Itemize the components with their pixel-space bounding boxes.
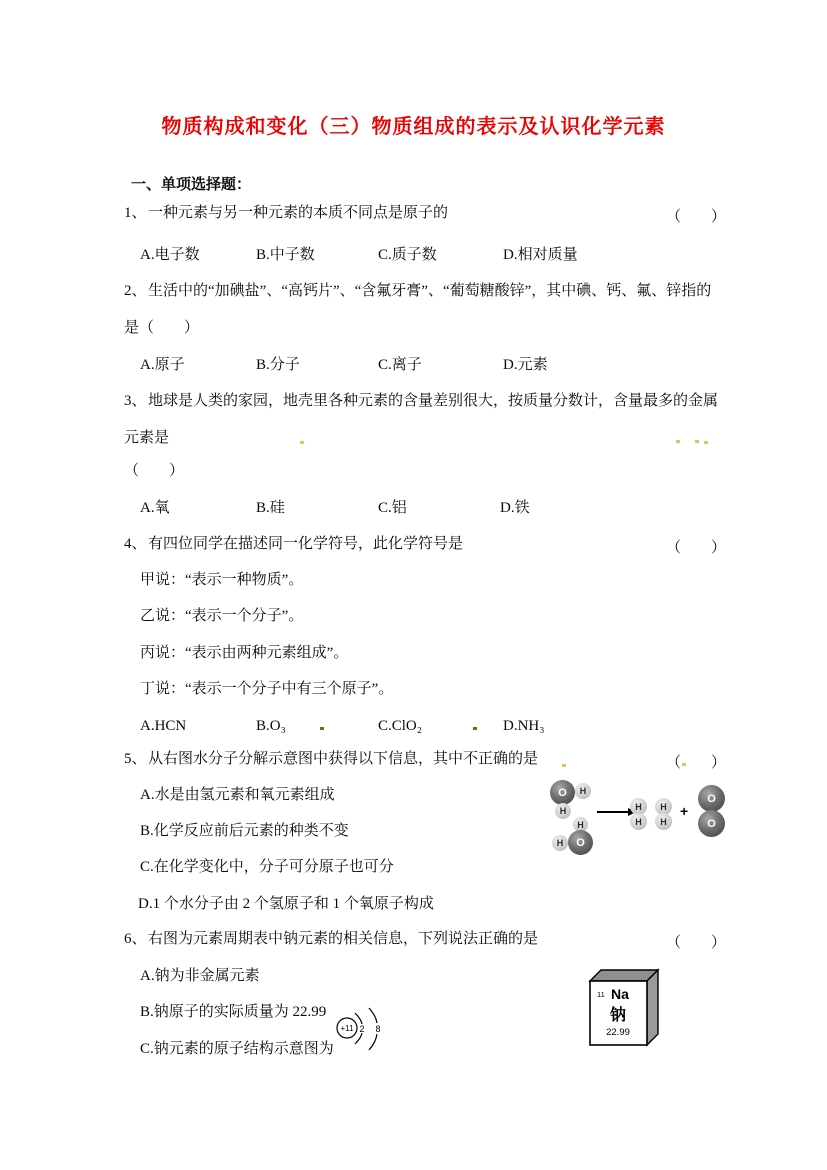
question-2-option-a: A.原子 [140, 357, 185, 373]
question-1: 1、一种元素与另一种元素的本质不同点是原子的 [124, 205, 448, 221]
hydrogen-atom-icon: H [552, 835, 568, 851]
atomic-number: 11 [597, 990, 605, 999]
question-2-option-d: D.元素 [503, 357, 548, 373]
electron-shell-arc-icon [369, 1008, 377, 1023]
element-name: 钠 [610, 1005, 626, 1024]
question-4-statement-jia: 甲说：“表示一种物质”。 [140, 572, 303, 588]
artifact-dot [676, 440, 680, 443]
oxygen-atom-icon: O [568, 830, 593, 855]
hydrogen-atom-icon: H [630, 813, 647, 830]
question-5-option-b: B.化学反应前后元素的种类不变 [140, 823, 349, 839]
nucleus-charge: +11 [341, 1024, 355, 1033]
box-right-face [647, 970, 658, 1045]
question-1-option-c: C.质子数 [378, 247, 437, 263]
artifact-dot [682, 763, 686, 766]
question-4-option-c: C.ClO₂ [378, 718, 422, 734]
question-3-option-d: D.铁 [500, 500, 530, 516]
question-6-text: 右图为元素周期表中钠元素的相关信息，下列说法正确的是 [148, 931, 538, 947]
plus-sign: + [680, 803, 688, 819]
section-heading: 一、单项选择题： [131, 177, 251, 193]
electron-shell-arc-icon [369, 1034, 377, 1050]
question-6-answer-bracket: （ ） [666, 931, 726, 952]
sodium-atomic-structure-diagram: +11 2 8 [330, 1006, 388, 1052]
question-4-option-b: B.O₃ [256, 718, 286, 734]
shell1-electron-count: 2 [359, 1024, 364, 1034]
question-6-option-a: A.钠为非金属元素 [140, 968, 260, 984]
question-1-option-b: B.中子数 [256, 247, 315, 263]
question-3-number: 3、 [124, 393, 148, 409]
question-1-answer-bracket: （ ） [666, 205, 726, 226]
water-decomposition-diagram: O H H H O H H H H H + O O [545, 775, 740, 860]
question-2-option-b: B.分子 [256, 357, 300, 373]
question-4-answer-bracket: （ ） [666, 536, 726, 557]
artifact-dot [562, 764, 566, 767]
artifact-dot [473, 727, 477, 730]
question-5-option-c: C.在化学变化中，分子可分原子也可分 [140, 859, 394, 875]
question-2-option-c: C.离子 [378, 357, 422, 373]
page-title: 物质构成和变化（三）物质组成的表示及认识化学元素 [0, 110, 827, 139]
question-5: 5、从右图水分子分解示意图中获得以下信息，其中不正确的是 [124, 751, 538, 767]
hydrogen-atom-icon: H [575, 783, 591, 799]
question-4-text: 有四位同学在描述同一化学符号，此化学符号是 [148, 536, 463, 552]
oxygen-atom-icon: O [698, 810, 725, 837]
hydrogen-atom-icon: H [655, 813, 672, 830]
question-4: 4、有四位同学在描述同一化学符号，此化学符号是 [124, 536, 463, 552]
question-1-option-a: A.电子数 [140, 247, 200, 263]
sodium-element-box: 11 Na 钠 22.99 [585, 960, 667, 1052]
question-1-option-d: D.相对质量 [503, 247, 578, 263]
question-1-text: 一种元素与另一种元素的本质不同点是原子的 [148, 205, 448, 221]
question-3-text-line2: 元素是 [124, 430, 169, 446]
artifact-dot [320, 727, 324, 730]
question-6-number: 6、 [124, 931, 148, 947]
question-6: 6、右图为元素周期表中钠元素的相关信息，下列说法正确的是 [124, 931, 538, 947]
question-5-option-d: D.1 个水分子由 2 个氢原子和 1 个氧原子构成 [138, 896, 434, 912]
atomic-mass: 22.99 [606, 1027, 630, 1038]
question-5-number: 5、 [124, 751, 148, 767]
electron-shell-arc-icon [355, 1013, 362, 1024]
question-4-statement-ding: 丁说：“表示一个分子中有三个原子”。 [140, 681, 393, 697]
artifact-dot [695, 440, 699, 443]
question-5-text: 从右图水分子分解示意图中获得以下信息，其中不正确的是 [148, 751, 538, 767]
question-4-statement-bing: 丙说：“表示由两种元素组成”。 [140, 645, 348, 661]
shell2-electron-count: 8 [375, 1024, 380, 1034]
question-1-number: 1、 [124, 205, 148, 221]
question-3: 3、地球是人类的家园，地壳里各种元素的含量差别很大，按质量分数计，含量最多的金属 [124, 393, 718, 409]
question-6-option-c: C.钠元素的原子结构示意图为 [140, 1041, 334, 1057]
artifact-dot [704, 441, 708, 444]
exam-page: 物质构成和变化（三）物质组成的表示及认识化学元素 一、单项选择题： 1、一种元素… [0, 0, 827, 1170]
question-3-option-c: C.铝 [378, 500, 407, 516]
question-3-answer-bracket: （ ） [124, 463, 184, 479]
question-5-answer-bracket: （ ） [666, 751, 726, 772]
reaction-arrow-icon [597, 811, 629, 813]
question-3-text-line1: 地球是人类的家园，地壳里各种元素的含量差别很大，按质量分数计，含量最多的金属 [148, 393, 718, 409]
question-2-text-line1: 生活中的“加碘盐”、“高钙片”、“含氟牙膏”、“葡萄糖酸锌”，其中碘、钙、氟、锌… [148, 283, 711, 299]
electron-shell-arc-icon [355, 1033, 362, 1044]
artifact-dot [300, 441, 304, 444]
question-2-number: 2、 [124, 283, 148, 299]
question-4-option-d: D.NH₃ [503, 718, 544, 734]
question-3-option-a: A.氧 [140, 500, 170, 516]
element-symbol: Na [611, 986, 629, 1002]
question-4-statement-yi: 乙说：“表示一个分子”。 [140, 608, 303, 624]
question-4-option-a: A.HCN [140, 718, 186, 734]
hydrogen-atom-icon: H [555, 803, 571, 819]
question-2-text-line2: 是（ ） [124, 320, 199, 336]
question-3-option-b: B.硅 [256, 500, 285, 516]
question-4-number: 4、 [124, 536, 148, 552]
question-6-option-b: B.钠原子的实际质量为 22.99 [140, 1004, 326, 1020]
question-2: 2、生活中的“加碘盐”、“高钙片”、“含氟牙膏”、“葡萄糖酸锌”，其中碘、钙、氟… [124, 283, 711, 299]
oxygen-atom-icon: O [550, 780, 575, 805]
oxygen-atom-icon: O [698, 785, 725, 812]
question-5-option-a: A.水是由氢元素和氧元素组成 [140, 787, 335, 803]
